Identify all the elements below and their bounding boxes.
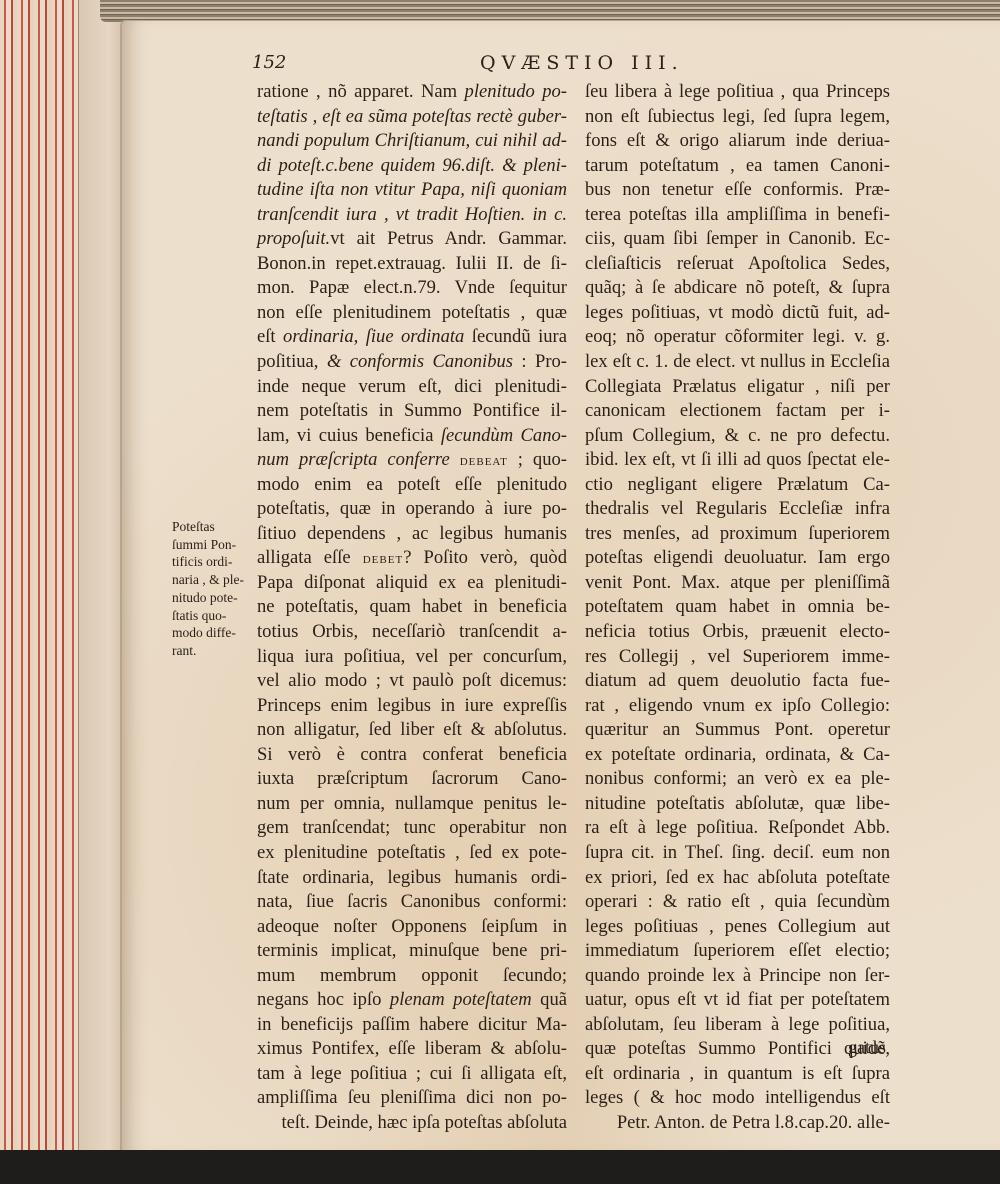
marginal-note-line: rant. — [172, 642, 262, 660]
text-line: ampliſſima ſeu pleniſſima dici non po- — [257, 1086, 567, 1111]
text-line: poteſtatem quam habet in omnia be- — [585, 595, 890, 620]
text-line: teſtatis , eſt ea sũma poteſtas rectè gu… — [257, 105, 567, 130]
text-line: tranſcendit iura , vt tradit Hoſtien. in… — [257, 203, 567, 228]
text-line: num præſcripta conferre debeat ; quo- — [257, 448, 567, 473]
text-line: modo enim ea poteſt eſſe plenitudo — [257, 473, 567, 498]
text-line: adeoque noſter Opponens ſeipſum in — [257, 915, 567, 940]
text-line: non eſſe plenitudinem poteſtatis , quæ — [257, 301, 567, 326]
text-line: eſt ordinaria , in quantum is eſt ſupra — [585, 1062, 890, 1087]
text-line: mon. Papæ elect.n.79. Vnde ſequitur — [257, 276, 567, 301]
marginal-note-line: modo diffe- — [172, 624, 262, 642]
left-text-column: ratione , nõ apparet. Nam plenitudo po-t… — [257, 80, 567, 1136]
text-line: ſitiuo dependens , ac legibus humanis — [257, 522, 567, 547]
page-number: 152 — [252, 52, 286, 73]
text-line: uatur, opus eſt vt id fiat per poteſtate… — [585, 988, 890, 1013]
text-line: ibid. lex eſt, vt ſi illi ad quos ſpecta… — [585, 448, 890, 473]
text-line: inde neque verum eſt, dici plenitudi- — [257, 375, 567, 400]
running-title: QVÆSTIO III. — [480, 52, 684, 74]
text-line: canonicam electionem factam per i- — [585, 399, 890, 424]
text-line: quæ poteſtas Summo Pontifici quidẽ, — [585, 1037, 890, 1062]
text-line: iuxta præſcriptum ſacrorum Cano- — [257, 767, 567, 792]
text-line: Collegiata Prælatus eligatur , niſi per — [585, 375, 890, 400]
text-line: quãq; à ſe abdicare nõ poteſt, & ſupra — [585, 276, 890, 301]
text-line: gem tranſcendat; tunc operabitur non — [257, 816, 567, 841]
text-line: poteſtatis, quæ in operando à iure po- — [257, 497, 567, 522]
text-line: Petr. Anton. de Petra l.8.cap.20. alle- — [585, 1111, 890, 1136]
text-line: poſitiua, & conformis Canonibus : Pro- — [257, 350, 567, 375]
right-text-column: ſeu libera à lege poſitiua , qua Princep… — [585, 80, 890, 1136]
catchword: gatus — [848, 1037, 886, 1058]
text-line: ctio negligant eligere Prælatum Ca- — [585, 473, 890, 498]
text-line: Papa diſponat aliquid ex ea plenitudi- — [257, 571, 567, 596]
text-line: terminis implicat, minuſque bene pri- — [257, 939, 567, 964]
text-line: nonibus conformi; an verò ex ea ple- — [585, 767, 890, 792]
text-line: propoſuit.vt ait Petrus Andr. Gammar. — [257, 227, 567, 252]
text-line: leges poſitiuas , penes Collegium aut — [585, 915, 890, 940]
text-line: neficia totius Orbis, præuenit electo- — [585, 620, 890, 645]
running-head: 152 QVÆSTIO III. — [252, 52, 892, 78]
text-line: nem poteſtatis in Summo Pontifice il- — [257, 399, 567, 424]
text-line: diatum ad quem deuolutio facta fue- — [585, 669, 890, 694]
text-line: alligata eſſe debet? Poſito verò, quòd — [257, 546, 567, 571]
text-line: lex eſt c. 1. de elect. vt nullus in Ecc… — [585, 350, 890, 375]
text-line: ex priori, ſed ex hac abſoluta poteſtate — [585, 866, 890, 891]
text-line: vel alio modo ; vt paulò poſt dicemus: — [257, 669, 567, 694]
text-line: negans hoc ipſo plenam poteſtatem quã — [257, 988, 567, 1013]
text-line: bus non tenetur eſſe conformis. Præ- — [585, 178, 890, 203]
text-line: ratione , nõ apparet. Nam plenitudo po- — [257, 80, 567, 105]
text-line: rat , eligendo vnum ex ipſo Collegio: — [585, 694, 890, 719]
text-line: Bonon.in repet.extrauag. Iulii II. de ſi… — [257, 252, 567, 277]
text-line: nata, ſiue ſacris Canonibus conformi: — [257, 890, 567, 915]
text-line: cleſiaſticis reſeruat Apoſtolica Sedes, — [585, 252, 890, 277]
text-line: totius Orbis, neceſſariò tranſcendit a- — [257, 620, 567, 645]
marginal-note: Poteſtasſummi Pon-tificis ordi-naria , &… — [172, 518, 262, 660]
text-line: ſupra cit. in Theſ. ſing. deciſ. eum non — [585, 841, 890, 866]
text-line: ſeu libera à lege poſitiua , qua Princep… — [585, 80, 890, 105]
text-line: mum membrum opponit ſecundo; — [257, 964, 567, 989]
marginal-note-line: ſummi Pon- — [172, 536, 262, 554]
text-line: leges poſitiuas, vt modò dictũ fuit, ad- — [585, 301, 890, 326]
text-line: tudine iſta non vtitur Papa, niſi quonia… — [257, 178, 567, 203]
marginal-note-line: tificis ordi- — [172, 553, 262, 571]
text-line: tarum poteſtatum , ea tamen Canoni- — [585, 154, 890, 179]
marginal-note-line: ſtatis quo- — [172, 607, 262, 625]
text-line: ra eſt à lege poſitiua. Reſpondet Abb. — [585, 816, 890, 841]
text-line: ex plenitudine poteſtatis , ſed ex pote- — [257, 841, 567, 866]
text-line: nitudine poteſtatis abſolutæ, quæ libe- — [585, 792, 890, 817]
text-line: quæritur an Summus Pont. operetur — [585, 718, 890, 743]
text-line: tam à lege poſitiua ; cui ſi alligata eſ… — [257, 1062, 567, 1087]
text-line: lam, vi cuius beneficia ſecundùm Cano- — [257, 424, 567, 449]
text-line: res Collegij , vel Superiorem imme- — [585, 645, 890, 670]
book-top-edges — [100, 0, 1000, 22]
book-page-edges — [0, 0, 128, 1150]
text-line: operari : & ratio eſt , quia ſecundùm — [585, 890, 890, 915]
marginal-note-line: Poteſtas — [172, 518, 262, 536]
text-line: ciis, quam ſibi ſemper in Canonib. Ec- — [585, 227, 890, 252]
text-line: non alligatur, ſed liber eſt & abſolutus… — [257, 718, 567, 743]
text-line: immediatum ſuperiorem eſſet electio; — [585, 939, 890, 964]
text-line: thedralis vel Regularis Eccleſiæ infra — [585, 497, 890, 522]
text-line: tres menſes, ad proximum ſuperiorem — [585, 522, 890, 547]
text-line: nandi populum Chriſtianum, cui nihil ad- — [257, 129, 567, 154]
text-line: in beneficijs paſſim habere dicitur Ma- — [257, 1013, 567, 1038]
text-line: di poteſt.c.bene quidem 96.diſt. & pleni… — [257, 154, 567, 179]
text-line: non eſt ſubiectus legi, ſed ſupra legem, — [585, 105, 890, 130]
text-line: poteſtas eligendi deuoluatur. Iam ergo — [585, 546, 890, 571]
text-line: Princeps enim legibus in iure expreſſis — [257, 694, 567, 719]
text-line: ximus Pontifex, eſſe liberam & abſolu- — [257, 1037, 567, 1062]
text-line: ne poteſtatis, quam habet in beneficia — [257, 595, 567, 620]
text-line: fons eſt & origo aliarum inde deriua- — [585, 129, 890, 154]
text-line: ex poteſtate ordinaria, ordinata, & Ca- — [585, 743, 890, 768]
text-line: eſt ordinaria, ſiue ordinata ſecundũ iur… — [257, 325, 567, 350]
text-line: eoq; nõ operatur cõformiter legi. v. g. — [585, 325, 890, 350]
marginal-note-line: nitudo pote- — [172, 589, 262, 607]
marginal-note-line: naria , & ple- — [172, 571, 262, 589]
text-line: num per omnia, nullamque penitus le- — [257, 792, 567, 817]
text-line: liqua iura poſitiua, vel per concurſum, — [257, 645, 567, 670]
text-line: ſtate ordinaria, legibus humanis ordi- — [257, 866, 567, 891]
text-line: Si verò è contra conferat beneficia — [257, 743, 567, 768]
text-line: pſum Collegium, & c. ne pro defectu. — [585, 424, 890, 449]
text-line: venit Pont. Max. atque per pleniſſimã — [585, 571, 890, 596]
scan-background — [0, 1150, 1000, 1184]
text-line: teſt. Deinde, hæc ipſa poteſtas abſoluta — [257, 1111, 567, 1136]
text-line: terea poteſtas illa ampliſſima in benefi… — [585, 203, 890, 228]
text-line: abſolutam, ſeu liberam à lege poſitiua, — [585, 1013, 890, 1038]
text-line: leges ( & hoc modo intelligendus eſt — [585, 1086, 890, 1111]
text-line: quando proinde lex à Principe non ſer- — [585, 964, 890, 989]
